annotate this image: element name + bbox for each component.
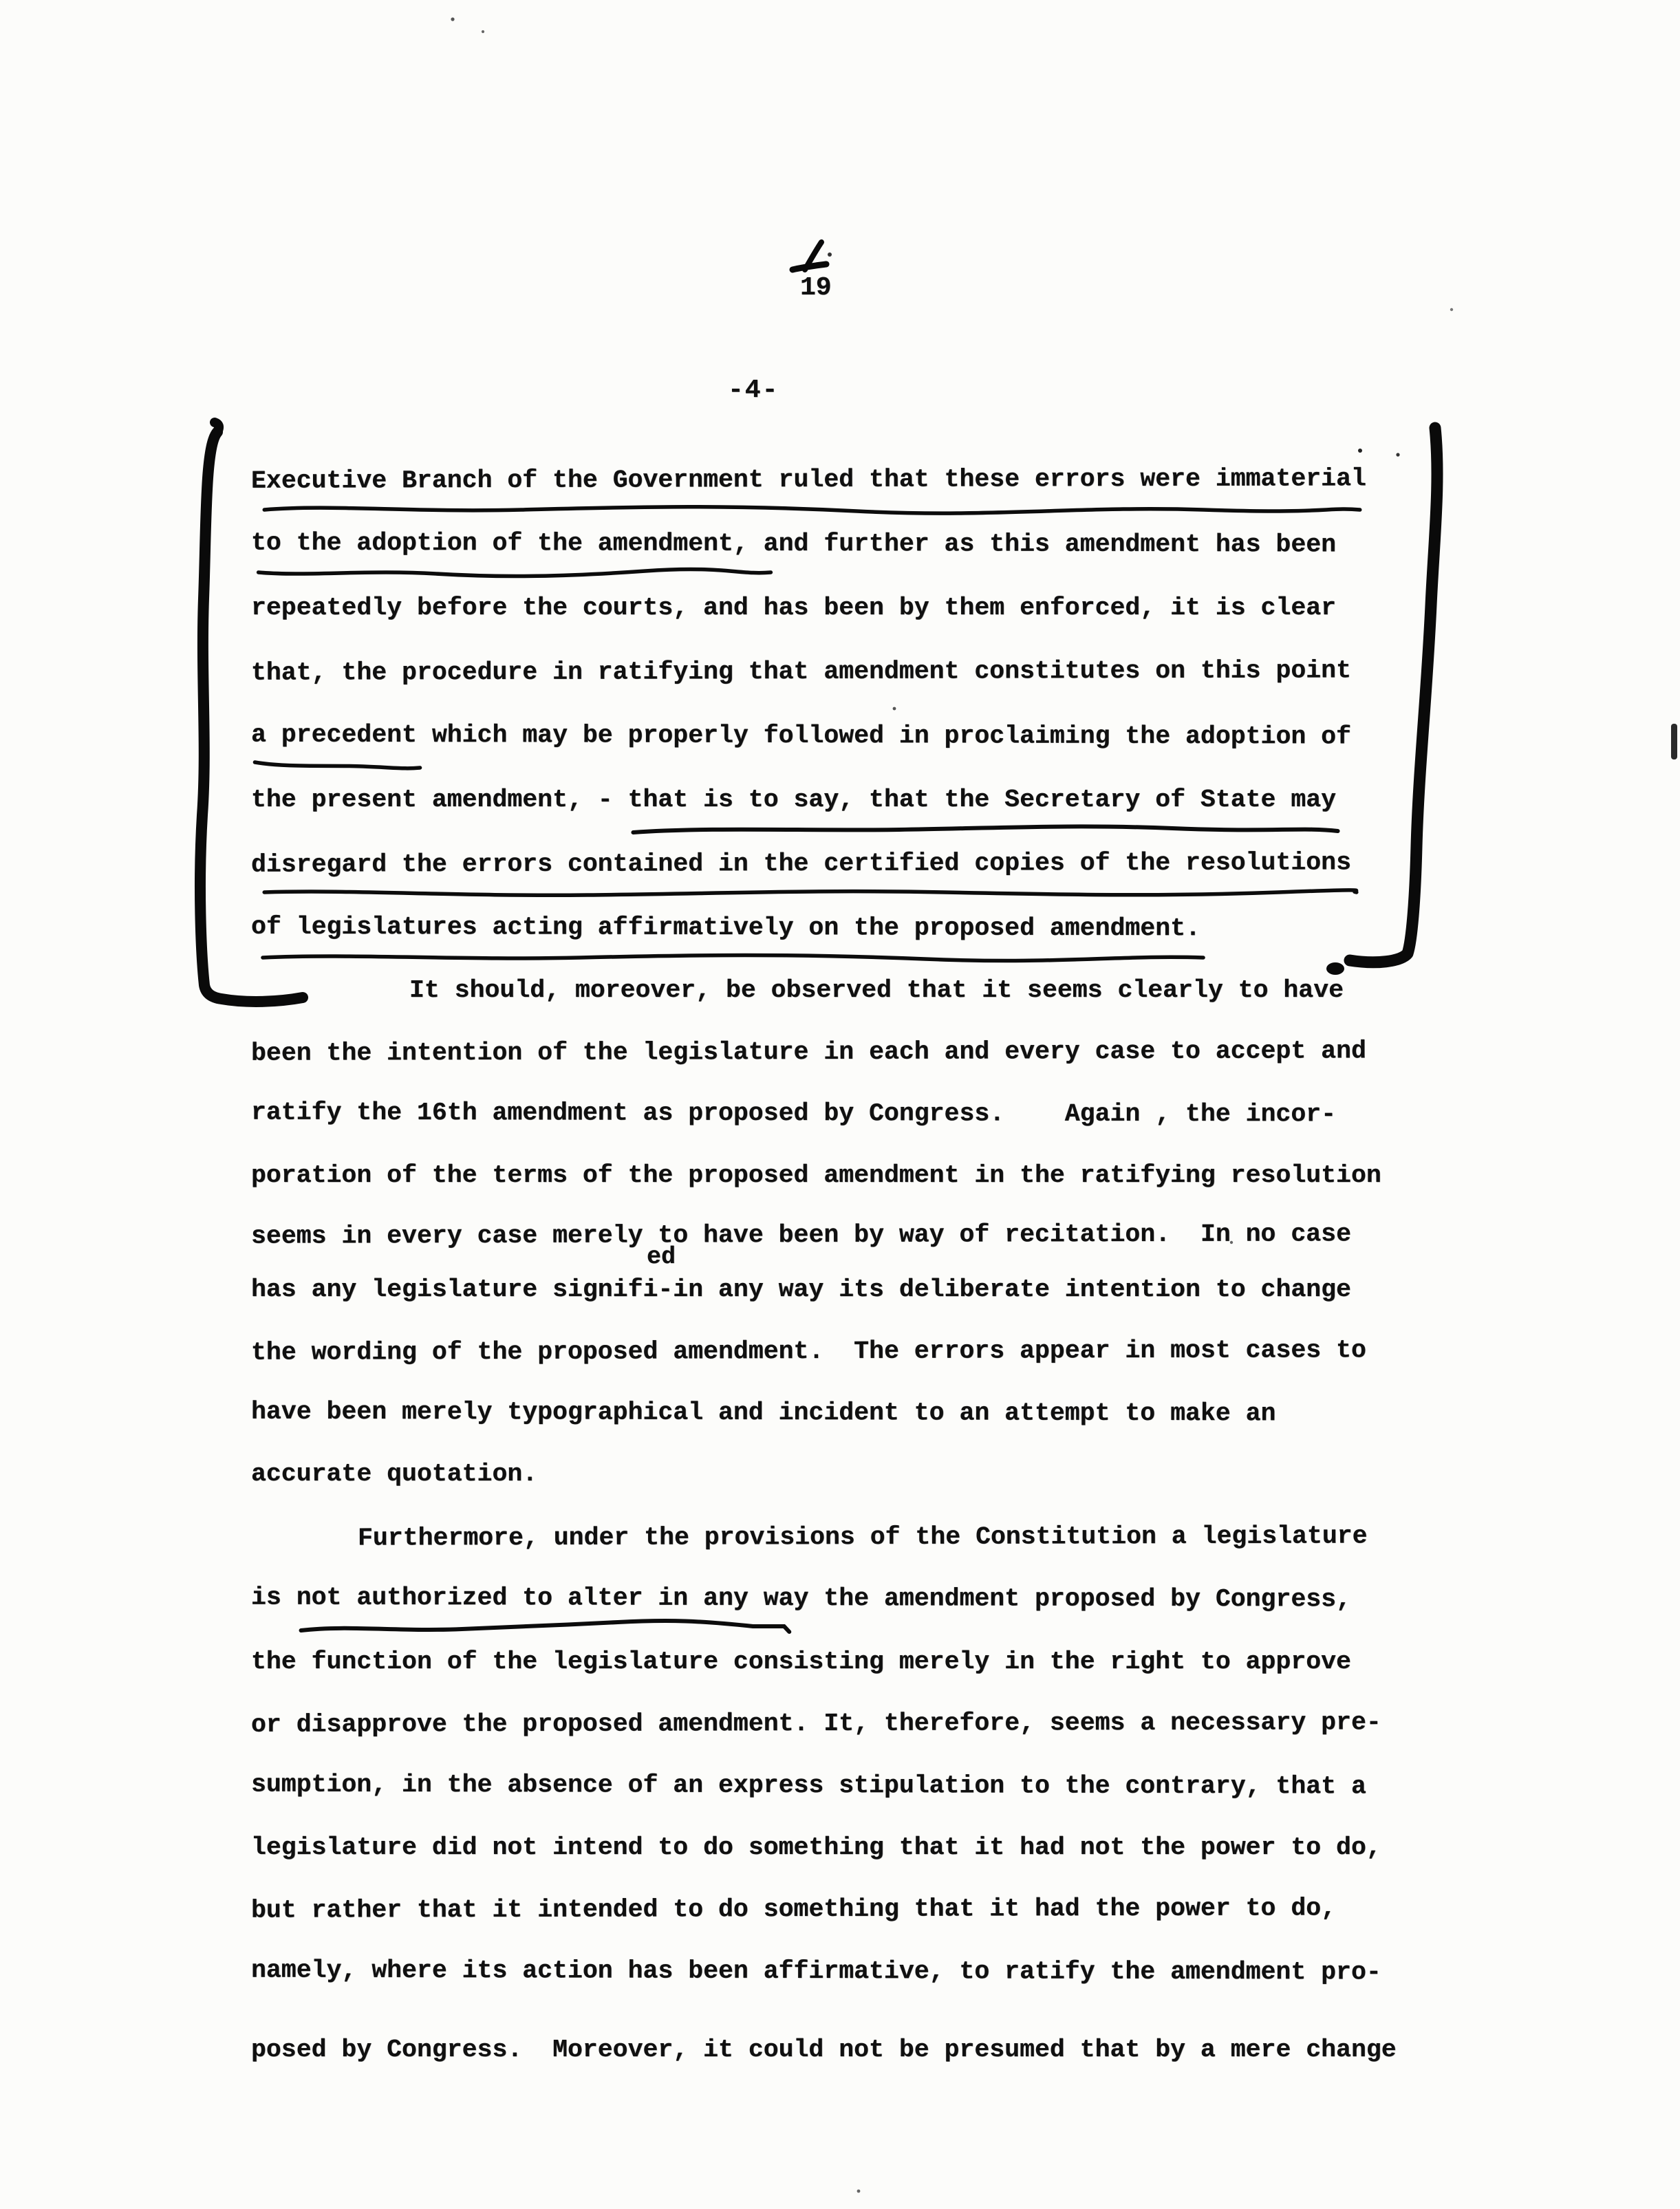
typed-line: of legislatures acting affirmatively on … [251, 912, 1200, 944]
text-segment: but rather that it intended to do someth… [251, 1894, 1336, 1924]
typed-line: poration of the terms of the proposed am… [251, 1161, 1381, 1191]
hand-underline [253, 949, 1213, 963]
hand-underline [253, 565, 776, 579]
typed-line: sumption, in the absence of an express s… [251, 1770, 1366, 1802]
typed-line: repeatedly before the courts, and has be… [251, 593, 1336, 623]
typed-line: the present amendment, - that is to say,… [251, 785, 1336, 815]
typed-line: Executive Branch of the Government ruled… [251, 464, 1366, 496]
typed-line: but rather that it intended to do someth… [251, 1893, 1336, 1926]
text-segment: ratify the 16th amendment as proposed by… [251, 1099, 1336, 1129]
text-segment: the function of the legislature consisti… [251, 1648, 1351, 1676]
scan-edge-mark [1671, 724, 1677, 759]
underlined-segment: Executive Branch of the Government ruled… [251, 464, 1366, 495]
typed-line: namely, where its action has been affirm… [251, 1956, 1381, 1988]
typed-line: accurate quotation. [251, 1459, 537, 1489]
typed-line: posed by Congress. Moreover, it could no… [251, 2035, 1397, 2065]
hand-underline [253, 885, 1368, 899]
underlined-segment: of legislatures acting affirmatively on … [251, 913, 1200, 942]
inserted-correction: ed [647, 1242, 676, 1271]
text-segment: poration of the terms of the proposed am… [251, 1161, 1381, 1189]
underlined-segment: a precedent [251, 721, 417, 749]
text-segment: posed by Congress. Moreover, it could no… [251, 2036, 1397, 2064]
typed-line: has any legislature signifi-in any way i… [251, 1275, 1351, 1305]
hand-underline [253, 502, 1371, 515]
text-segment: It should, moreover, be observed that it… [409, 976, 1344, 1004]
text-segment: and further as this amendment has been [749, 530, 1336, 559]
typed-line: have been merely typographical and incid… [251, 1397, 1276, 1429]
scan-speck [893, 707, 896, 711]
text-segment: the wording of the proposed amendment. T… [251, 1336, 1366, 1366]
text-segment: is [251, 1584, 297, 1612]
typed-line: Furthermore, under the provisions of the… [358, 1521, 1368, 1553]
scan-speck [1358, 449, 1362, 453]
text-segment: repeatedly before the courts, and has be… [251, 594, 1336, 622]
typed-line: ratify the 16th amendment as proposed by… [251, 1098, 1336, 1130]
text-segment: has any legislature signifi-in any way i… [251, 1275, 1351, 1304]
text-segment: that, the procedure in ratifying that am… [251, 656, 1351, 687]
typed-line: It should, moreover, be observed that it… [409, 976, 1344, 1006]
scan-speck [1396, 453, 1399, 456]
underlined-segment: to the adoption of the amendment, [251, 529, 749, 558]
text-segment: the present amendment, - [251, 786, 628, 814]
text-segment: namely, where its action has been affirm… [251, 1957, 1381, 1987]
text-segment: ed [647, 1243, 676, 1271]
hand-underline [296, 1619, 815, 1633]
text-segment: the amendment proposed by Congress, [808, 1584, 1351, 1613]
typed-line: that, the procedure in ratifying that am… [251, 656, 1351, 688]
typed-line: disregard the errors contained in the ce… [251, 848, 1351, 880]
typed-line: or disapprove the proposed amendment. It… [251, 1707, 1381, 1740]
text-segment: seems in every case merely to have been … [251, 1220, 1351, 1250]
text-segment: accurate quotation. [251, 1460, 537, 1488]
typed-line: the wording of the proposed amendment. T… [251, 1335, 1366, 1368]
text-segment: Furthermore, under the provisions of the… [358, 1522, 1368, 1552]
document-page: 19 -4- Executive Branch of the Governmen… [0, 0, 1680, 2209]
typed-line: been the intention of the legislature in… [251, 1036, 1366, 1068]
scan-speck [857, 2190, 861, 2193]
scan-speck [482, 30, 484, 33]
page-number: -4- [728, 375, 779, 407]
typed-line: is not authorized to alter in any way th… [251, 1583, 1351, 1615]
folio-number: 19 [800, 272, 832, 304]
text-segment: have been merely typographical and incid… [251, 1398, 1276, 1428]
scan-speck [828, 252, 832, 257]
text-segment: sumption, in the absence of an express s… [251, 1771, 1366, 1801]
underlined-segment: not authorized to alter in any way [297, 1584, 809, 1613]
hand-underline [626, 821, 1345, 835]
scan-speck [1450, 308, 1453, 311]
text-segment: legislature did not intend to do somethi… [251, 1833, 1381, 1862]
check-mark [793, 242, 832, 270]
scan-speck [451, 17, 454, 21]
text-segment: been the intention of the legislature in… [251, 1037, 1366, 1067]
hand-underline [253, 757, 422, 771]
typed-line: to the adoption of the amendment, and fu… [251, 528, 1336, 561]
typed-line: a precedent which may be properly follow… [251, 720, 1351, 753]
text-segment: or disapprove the proposed amendment. It… [251, 1708, 1381, 1738]
underlined-segment: disregard the errors contained in the ce… [251, 848, 1351, 879]
typed-line: the function of the legislature consisti… [251, 1647, 1351, 1677]
underlined-segment: that is to say, that the Secretary of St… [628, 786, 1336, 814]
text-segment: which may be properly followed in procla… [417, 721, 1351, 751]
typed-line: legislature did not intend to do somethi… [251, 1833, 1381, 1863]
typed-line: seems in every case merely to have been … [251, 1219, 1351, 1251]
